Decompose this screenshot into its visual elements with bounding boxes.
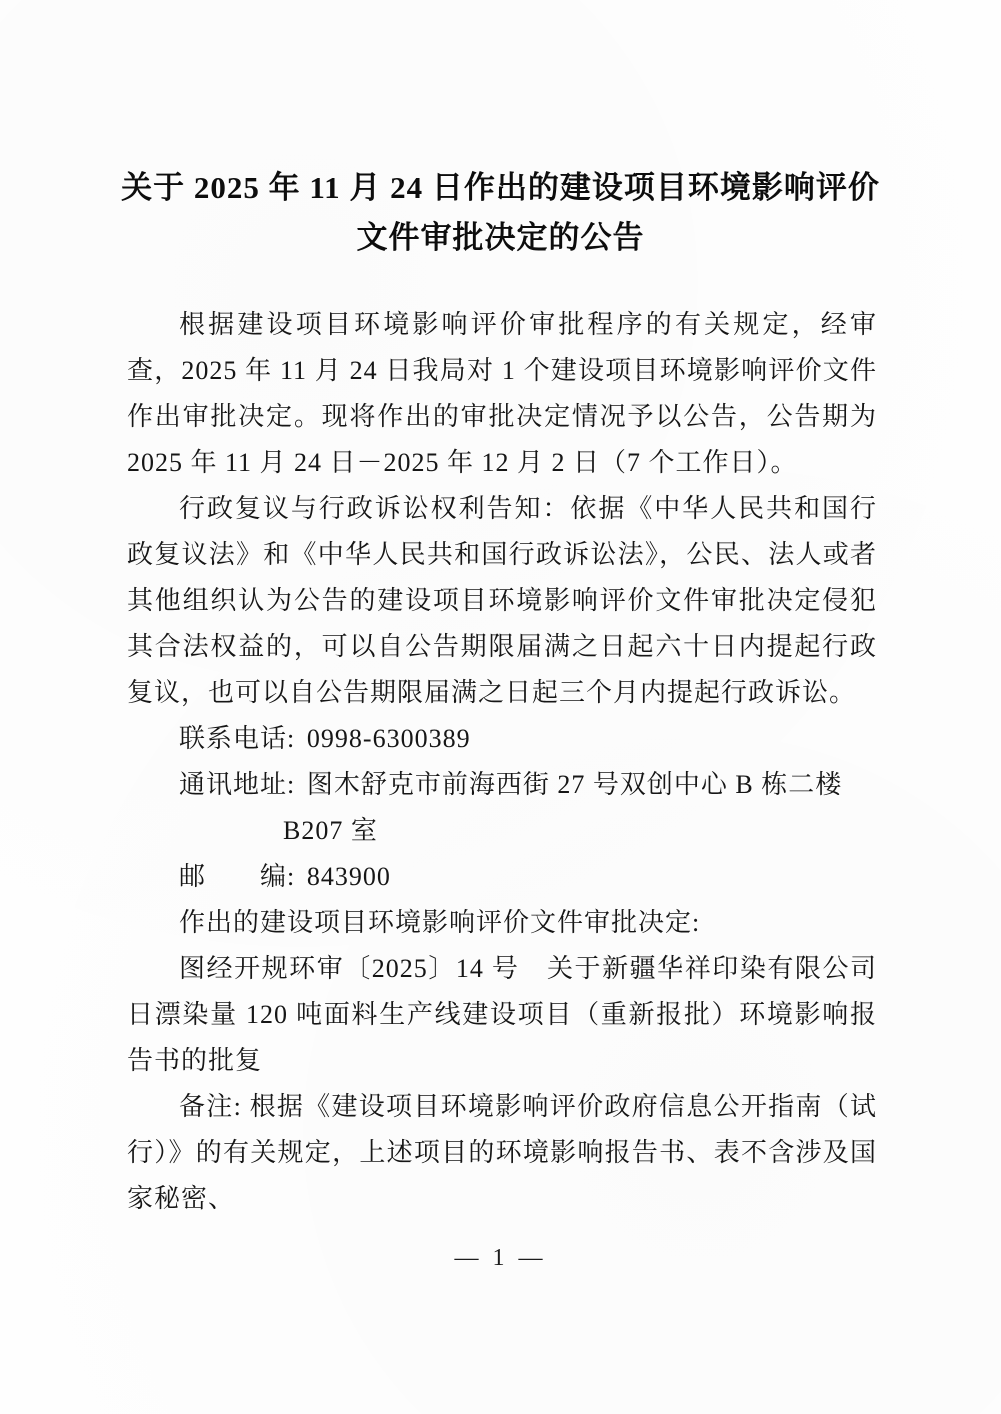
contact-postcode-value: 843900 <box>307 862 391 891</box>
document-page: 关于 2025 年 11 月 24 日作出的建设项目环境影响评价 文件审批决定的… <box>0 0 1001 1414</box>
decision-item: 图经开规环审〔2025〕14 号 关于新疆华祥印染有限公司日漂染量 120 吨面… <box>127 946 877 1084</box>
page-number: — 1 — <box>0 1245 1001 1272</box>
document-title: 关于 2025 年 11 月 24 日作出的建设项目环境影响评价 文件审批决定的… <box>0 163 1001 263</box>
contact-phone-line: 联系电话:0998-6300389 <box>127 716 877 762</box>
contact-postcode-line: 邮 编:843900 <box>127 854 877 900</box>
contact-address-label: 通讯地址: <box>179 770 295 799</box>
contact-phone-value: 0998-6300389 <box>307 724 471 753</box>
title-line-1: 关于 2025 年 11 月 24 日作出的建设项目环境影响评价 <box>0 163 1001 213</box>
contact-address-line2: B207 室 <box>127 808 877 854</box>
contact-address-value: 图木舒克市前海西街 27 号双创中心 B 栋二楼 <box>307 770 842 799</box>
document-body: 根据建设项目环境影响评价审批程序的有关规定，经审查，2025 年 11 月 24… <box>127 302 877 1222</box>
paragraph-announcement: 根据建设项目环境影响评价审批程序的有关规定，经审查，2025 年 11 月 24… <box>127 302 877 486</box>
decision-heading: 作出的建设项目环境影响评价文件审批决定: <box>127 900 877 946</box>
remark-paragraph: 备注: 根据《建设项目环境影响评价政府信息公开指南（试行）》的有关规定，上述项目… <box>127 1084 877 1222</box>
title-line-2: 文件审批决定的公告 <box>0 213 1001 263</box>
contact-address-line: 通讯地址:图木舒克市前海西街 27 号双创中心 B 栋二楼 <box>127 762 877 808</box>
contact-postcode-label: 邮 编: <box>179 862 295 891</box>
paragraph-rights-notice: 行政复议与行政诉讼权利告知：依据《中华人民共和国行政复议法》和《中华人民共和国行… <box>127 486 877 716</box>
contact-phone-label: 联系电话: <box>179 724 295 753</box>
